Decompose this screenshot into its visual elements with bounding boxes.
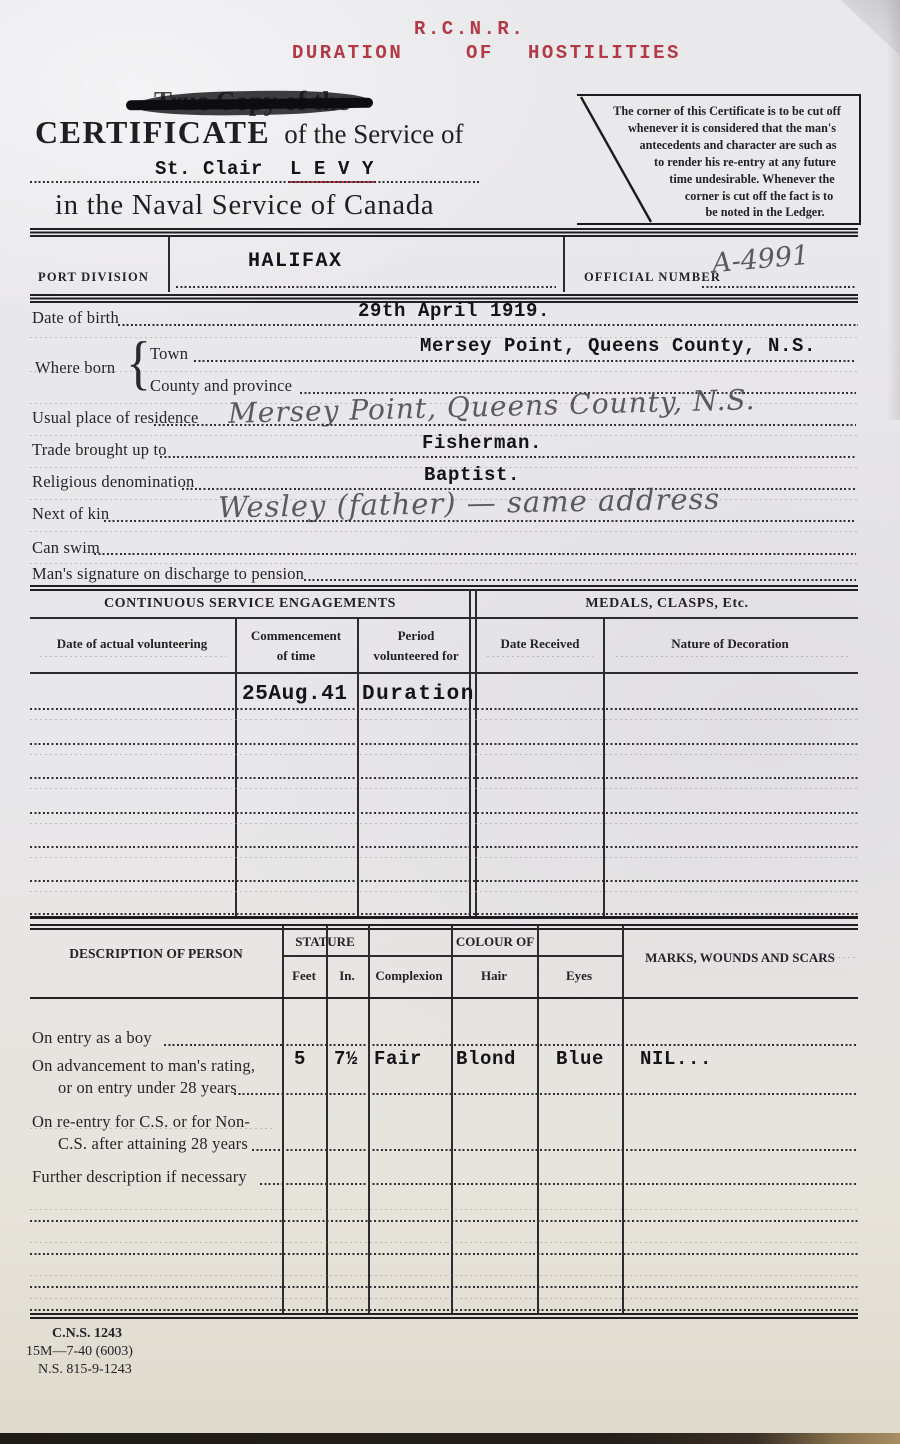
guide-line [828,957,856,958]
stature-header: STATURE [295,934,354,950]
port-division-value: HALIFAX [248,250,343,273]
col-commencement-2: of time [277,648,316,664]
title-of-service: of the Service of [284,119,463,149]
guide-line [30,823,858,824]
hair-value: Blond [456,1048,516,1070]
guide-line [616,656,850,657]
table-row [30,1253,858,1255]
brace: { [126,330,151,398]
page-edge-shadow [886,0,900,420]
can-swim-label: Can swim [32,538,100,558]
date-of-birth-value: 29th April 1919. [358,300,550,322]
col-decoration: Nature of Decoration [671,636,788,652]
table-row [282,1149,858,1151]
row-reentry-label-2: C.S. after attaining 28 years [58,1134,248,1154]
ink-scribble: True Copy of the [142,86,361,117]
certificate-page: R.C.N.R. DURATION OF HOSTILITIES True Co… [0,0,900,1444]
corner-notice-line: be noted in the Ledger. [577,204,851,221]
guide-line [30,1209,858,1210]
trade-value: Fisherman. [422,432,542,454]
colour-of-header: COLOUR OF [456,934,534,950]
col-date-received: Date Received [500,636,579,652]
table-row [282,1183,858,1185]
col-period: Period [398,628,435,644]
table-line [282,955,368,957]
residence-value: Mersey Point, Queens County, N.S. [228,383,756,430]
corner-notice-line: time undesirable. Whenever the [577,171,851,188]
print-code: 15M—7-40 (6003) [26,1344,133,1360]
marks-value: NIL... [640,1048,712,1070]
corner-notice-line: The corner of this Certificate is to be … [577,103,851,120]
official-number-value: A-4991 [711,240,811,279]
date-of-birth-label: Date of birth [32,308,119,328]
rule [30,1313,858,1319]
rule [30,585,858,591]
where-born-label: Where born [35,358,115,378]
table-vline [563,237,565,292]
first-names: St. Clair [155,158,263,180]
leader-dots [164,1044,282,1046]
surname: L E V Y [290,158,374,183]
guide-line [30,857,858,858]
table-line [368,955,622,957]
complexion-value: Fair [374,1048,422,1070]
stamp-word-duration: DURATION [292,42,403,64]
row-further-label: Further description if necessary [32,1167,247,1187]
guide-line [30,1242,858,1243]
table-vline [603,617,605,916]
commencement-value: 25Aug.41 [242,683,348,706]
period-value: Duration [362,683,475,706]
dotted-line [154,424,856,426]
guide-line [30,891,858,892]
table-row [30,812,858,814]
table-vline [168,237,170,292]
guide-line [30,1128,275,1129]
stamp-word-hostilities: HOSTILITIES [528,42,681,64]
feet-label: Feet [292,968,316,984]
table-line [30,672,858,674]
guide-line [30,719,858,720]
guide-line [30,788,858,789]
name-dotted-line [30,181,480,183]
rule [30,924,858,930]
title-certificate-word: CERTIFICATE [35,114,270,150]
corner-notice-line: to render his re-entry at any future [577,154,851,171]
crossed-out-text: True Copy of the [142,86,361,117]
trade-label: Trade brought up to [32,440,167,460]
hair-label: Hair [481,968,507,984]
form-number: C.N.S. 1243 [52,1326,122,1342]
naval-service-title: in the Naval Service of Canada [55,190,434,222]
table-row [30,1220,858,1222]
guide-line [30,1275,858,1276]
dotted-line [118,324,858,326]
table-row [30,880,858,882]
dotted-line [94,553,856,555]
town-value: Mersey Point, Queens County, N.S. [420,335,816,357]
row-advancement-label-2: or on entry under 28 years [58,1078,237,1098]
table-line [30,617,858,619]
section-divider [475,589,477,916]
certificate-title: CERTIFICATEof the Service of [35,114,463,151]
marks-header: MARKS, WOUNDS AND SCARS [645,950,835,966]
table-vline [235,617,237,916]
table-row [30,846,858,848]
leader-dots [260,1183,282,1185]
col-period-2: volunteered for [373,648,458,664]
service-section-title: CONTINUOUS SERVICE ENGAGEMENTS [104,596,396,612]
dotted-line [194,360,856,362]
religion-label: Religious denomination [32,472,195,492]
leader-dots [252,1149,282,1151]
guide-line [30,1298,858,1299]
feet-value: 5 [294,1048,306,1070]
table-row [282,1093,858,1095]
dotted-line [702,286,856,288]
corner-notice-line: corner is cut off the fact is to [577,188,851,205]
table-row [282,1044,858,1046]
dotted-line [304,579,856,581]
stamp-word-of: OF [466,42,494,64]
corner-notice-line: antecedents and character are such as [577,137,851,154]
inches-value: 7½ [334,1048,358,1070]
row-reentry-label-1: On re-entry for C.S. or for Non- [32,1112,250,1132]
next-of-kin-label: Next of kin [32,504,109,524]
table-row [30,1286,858,1288]
rcnr-stamp-line1: R.C.N.R. [414,18,525,40]
table-vline [357,617,359,916]
county-label: County and province [150,376,292,396]
table-row [30,743,858,745]
table-row [30,1309,858,1311]
port-division-label: PORT DIVISION [38,270,149,285]
catalog-code: N.S. 815-9-1243 [38,1362,132,1378]
table-line [30,997,858,999]
photo-bottom-edge [0,1433,900,1444]
complexion-label: Complexion [375,968,442,984]
guide-line [487,656,593,657]
medals-section-title: MEDALS, CLASPS, Etc. [585,596,748,612]
table-bottom-rule [30,916,858,919]
pension-signature-label: Man's signature on discharge to pension [32,564,304,584]
person-header: DESCRIPTION OF PERSON [69,946,243,962]
table-row [30,913,858,915]
guide-line [30,371,858,372]
eyes-label: Eyes [566,968,592,984]
guide-line [30,754,858,755]
col-commencement: Commencement [251,628,341,644]
inches-label: In. [339,968,355,984]
table-row [30,708,858,710]
row-advancement-label-1: On advancement to man's rating, [32,1056,255,1076]
row-entry-boy-label: On entry as a boy [32,1028,152,1048]
table-row [30,777,858,779]
col-volunteering: Date of actual volunteering [57,636,208,652]
official-number-label: OFFICIAL NUMBER [584,270,721,285]
dotted-line [160,456,856,458]
dotted-line [176,286,556,288]
religion-value: Baptist. [424,464,520,486]
dotted-line [104,520,856,522]
corner-notice-line: whenever it is considered that the man's [577,120,851,137]
eyes-value: Blue [556,1048,604,1070]
rule [30,228,858,237]
guide-line [30,531,858,532]
guide-line [40,656,226,657]
leader-dots [234,1093,282,1095]
corner-notice-box: The corner of this Certificate is to be … [577,94,861,225]
section-divider [469,589,471,916]
town-label: Town [150,344,188,364]
